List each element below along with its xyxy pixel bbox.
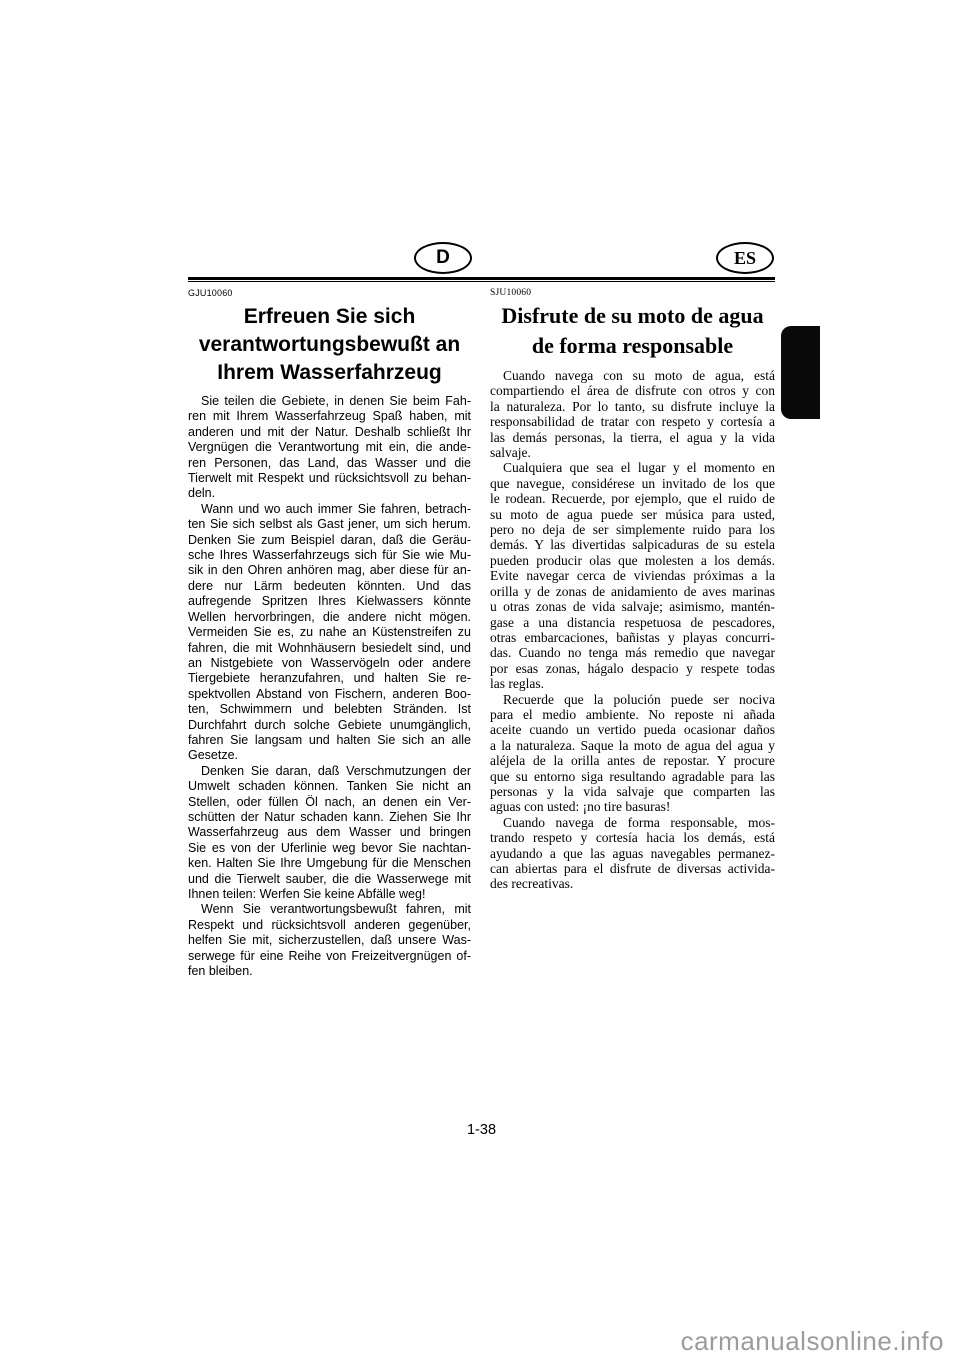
text-line: und die Tierwelt sauber, die die Wasserw… xyxy=(188,872,471,887)
text-line: personas y la vida salvaje que comparten… xyxy=(490,784,775,799)
text-line: pero no deja de ser simplemente ruido pa… xyxy=(490,522,775,537)
paragraph: Recuerde que la polución puede ser nociv… xyxy=(490,692,775,815)
text-line: responsabilidad de tratar con respeto y … xyxy=(490,414,775,429)
text-line: Gesetze. xyxy=(188,748,471,763)
text-line: Wann und wo auch immer Sie fahren, betra… xyxy=(188,502,471,517)
text-line: aceite cuando un vertido pueda ocasionar… xyxy=(490,722,775,737)
text-line: ayudando a que las aguas navegables perm… xyxy=(490,846,775,861)
text-line: helfen Sie mit, sicherzustellen, daß uns… xyxy=(188,933,471,948)
text-line: u otras zonas de vida salvaje; asimismo,… xyxy=(490,599,775,614)
body-text-german: Sie teilen die Gebiete, in denen Sie bei… xyxy=(188,394,471,979)
text-line: compartiendo el área de disfrute con otr… xyxy=(490,383,775,398)
language-badge-es-label: ES xyxy=(734,248,756,269)
text-line: das. Cuando no tenga más remedio que nav… xyxy=(490,645,775,660)
text-line: dere nur Lärm bedeuten könnten. Und das xyxy=(188,579,471,594)
text-line: Sie teilen die Gebiete, in denen Sie bei… xyxy=(188,394,471,409)
text-line: las demás personas, la tierra, el agua y… xyxy=(490,430,775,445)
text-line: que navegue, considérese un invitado de … xyxy=(490,476,775,491)
text-line: ten Sie sich selbst als Gast jener, um s… xyxy=(188,517,471,532)
title-line: Ihrem Wasserfahrzeug xyxy=(188,359,471,387)
text-line: Tierwelt mit Respekt und rücksichtsvoll … xyxy=(188,471,471,486)
paragraph: Wann und wo auch immer Sie fahren, betra… xyxy=(188,502,471,764)
paragraph: Sie teilen die Gebiete, in denen Sie bei… xyxy=(188,394,471,502)
paragraph: Cuando navega de forma responsable, mos-… xyxy=(490,815,775,892)
text-line: le rodean. Recuerde, por ejemplo, que el… xyxy=(490,491,775,506)
text-line: aguas con usted: ¡no tire basuras! xyxy=(490,799,775,814)
header-rule xyxy=(188,277,775,282)
title-line: verantwortungsbewußt an xyxy=(188,331,471,359)
language-badge-d: D xyxy=(414,242,472,274)
title-line: de forma responsable xyxy=(490,331,775,361)
text-line: Tiergebiete heranzufahren, und halten Si… xyxy=(188,671,471,686)
text-line: Recuerde que la polución puede ser nociv… xyxy=(490,692,775,707)
text-line: Durchfahrt durch solche Gebiete unumgäng… xyxy=(188,718,471,733)
paragraph: Wenn Sie verantwortungsbewußt fahren, mi… xyxy=(188,902,471,979)
text-line: gase a una distancia respetuosa de pesca… xyxy=(490,615,775,630)
text-line: Denken Sie daran, daß Verschmutzungen de… xyxy=(188,764,471,779)
text-line: anderen und mit der Natur. Deshalb schli… xyxy=(188,425,471,440)
text-line: Respekt und rücksichtsvoll anderen gegen… xyxy=(188,918,471,933)
text-line: pueden producir olas que molesten a los … xyxy=(490,553,775,568)
text-line: otras embarcaciones, bañistas y playas c… xyxy=(490,630,775,645)
text-line: sik in den Ohren anhören mag, aber diese… xyxy=(188,563,471,578)
text-line: trando respeto y cortesía hacia los demá… xyxy=(490,830,775,845)
text-line: deln. xyxy=(188,486,471,501)
title-line: Erfreuen Sie sich xyxy=(188,303,471,331)
watermark-text: carmanualsonline.info xyxy=(681,1326,944,1356)
body-text-spanish: Cuando navega con su moto de agua, estác… xyxy=(490,368,775,892)
text-line: que su entorno siga resultando agradable… xyxy=(490,769,775,784)
text-line: su moto de agua puede ser música para us… xyxy=(490,507,775,522)
text-line: schütten der Natur schaden kann. Ziehen … xyxy=(188,810,471,825)
text-line: can abiertas para el disfrute de diversa… xyxy=(490,861,775,876)
text-line: aufregende Spritzen Ihres Kielwassers kö… xyxy=(188,594,471,609)
text-line: sche Ihres Wasserfahrzeugs sich für Sie … xyxy=(188,548,471,563)
page-number: 1-38 xyxy=(188,1122,775,1138)
text-line: ten, Schwimmern und belebten Stränden. I… xyxy=(188,702,471,717)
text-line: para el medio ambiente. No reposte ni añ… xyxy=(490,707,775,722)
paragraph: Cuando navega con su moto de agua, estác… xyxy=(490,368,775,460)
paragraph: Denken Sie daran, daß Verschmutzungen de… xyxy=(188,764,471,903)
text-line: ren Personen, das Land, das Wasser und d… xyxy=(188,456,471,471)
text-line: Cuando navega con su moto de agua, está xyxy=(490,368,775,383)
header-rule-thick-line xyxy=(188,277,775,280)
section-code-german: GJU10060 xyxy=(188,288,471,299)
text-line: Wenn Sie verantwortungsbewußt fahren, mi… xyxy=(188,902,471,917)
text-line: a la naturaleza. Saque la moto de agua d… xyxy=(490,738,775,753)
section-code-spanish: SJU10060 xyxy=(490,288,775,299)
manual-page: D ES GJU10060 Erfreuen Sie sichverantwor… xyxy=(0,0,960,1358)
text-line: Evite navegar cerca de viviendas próxima… xyxy=(490,568,775,583)
text-line: la naturaleza. Por lo tanto, su disfrute… xyxy=(490,399,775,414)
text-line: salvaje. xyxy=(490,445,775,460)
text-line: an Nistgebiete von Wasservögeln oder and… xyxy=(188,656,471,671)
text-line: Vergnügen die Verantwortung mit ein, die… xyxy=(188,440,471,455)
text-line: por esas zonas, hágalo despacio y respet… xyxy=(490,661,775,676)
language-badge-d-label: D xyxy=(436,247,450,269)
text-line: Sie es von der Uferlinie weg bevor Sie n… xyxy=(188,841,471,856)
section-title-spanish: Disfrute de su moto de aguade forma resp… xyxy=(490,301,775,361)
text-line: Ihnen teilen: Werfen Sie keine Abfälle w… xyxy=(188,887,471,902)
text-line: Vermeiden Sie es, zu nahe an Küstenstrei… xyxy=(188,625,471,640)
text-line: las reglas. xyxy=(490,676,775,691)
text-line: Denken Sie zum Beispiel daran, daß die G… xyxy=(188,533,471,548)
text-line: Wellen hervorbringen, die andere nicht m… xyxy=(188,610,471,625)
title-line: Disfrute de su moto de agua xyxy=(490,301,775,331)
spanish-column: SJU10060 Disfrute de su moto de aguade f… xyxy=(490,288,775,892)
text-line: ken. Halten Sie Ihre Umgebung für die Me… xyxy=(188,856,471,871)
text-line: Umwelt schaden können. Tanken Sie nicht … xyxy=(188,779,471,794)
paragraph: Cualquiera que sea el lugar y el momento… xyxy=(490,460,775,691)
text-line: ren mit Ihrem Wasserfahrzeug Spaß haben,… xyxy=(188,409,471,424)
text-line: fahren Sie langsam und halten Sie sich a… xyxy=(188,733,471,748)
text-line: fen bleiben. xyxy=(188,964,471,979)
language-badge-es: ES xyxy=(716,242,774,274)
header-rule-thin-line xyxy=(188,281,775,282)
text-line: des recreativas. xyxy=(490,876,775,891)
text-line: orilla y de zonas de anidamiento de aves… xyxy=(490,584,775,599)
text-line: demás. Y las divertidas salpicaduras de … xyxy=(490,537,775,552)
text-line: spektvollen Abstand von Fischern, andere… xyxy=(188,687,471,702)
text-line: Cualquiera que sea el lugar y el momento… xyxy=(490,460,775,475)
section-title-german: Erfreuen Sie sichverantwortungsbewußt an… xyxy=(188,303,471,387)
text-line: Wasserfahrzeug aus dem Wasser und bringe… xyxy=(188,825,471,840)
thumb-index-tab xyxy=(781,326,820,419)
text-line: Stellen, oder füllen Öl nach, an denen e… xyxy=(188,795,471,810)
text-line: aléjela de la orilla antes de repostar. … xyxy=(490,753,775,768)
german-column: GJU10060 Erfreuen Sie sichverantwortungs… xyxy=(188,288,471,979)
text-line: Cuando navega de forma responsable, mos- xyxy=(490,815,775,830)
text-line: fahren, die mit Wohnhäusern besiedelt si… xyxy=(188,641,471,656)
text-line: serwege für eine Reihe von Freizeitvergn… xyxy=(188,949,471,964)
